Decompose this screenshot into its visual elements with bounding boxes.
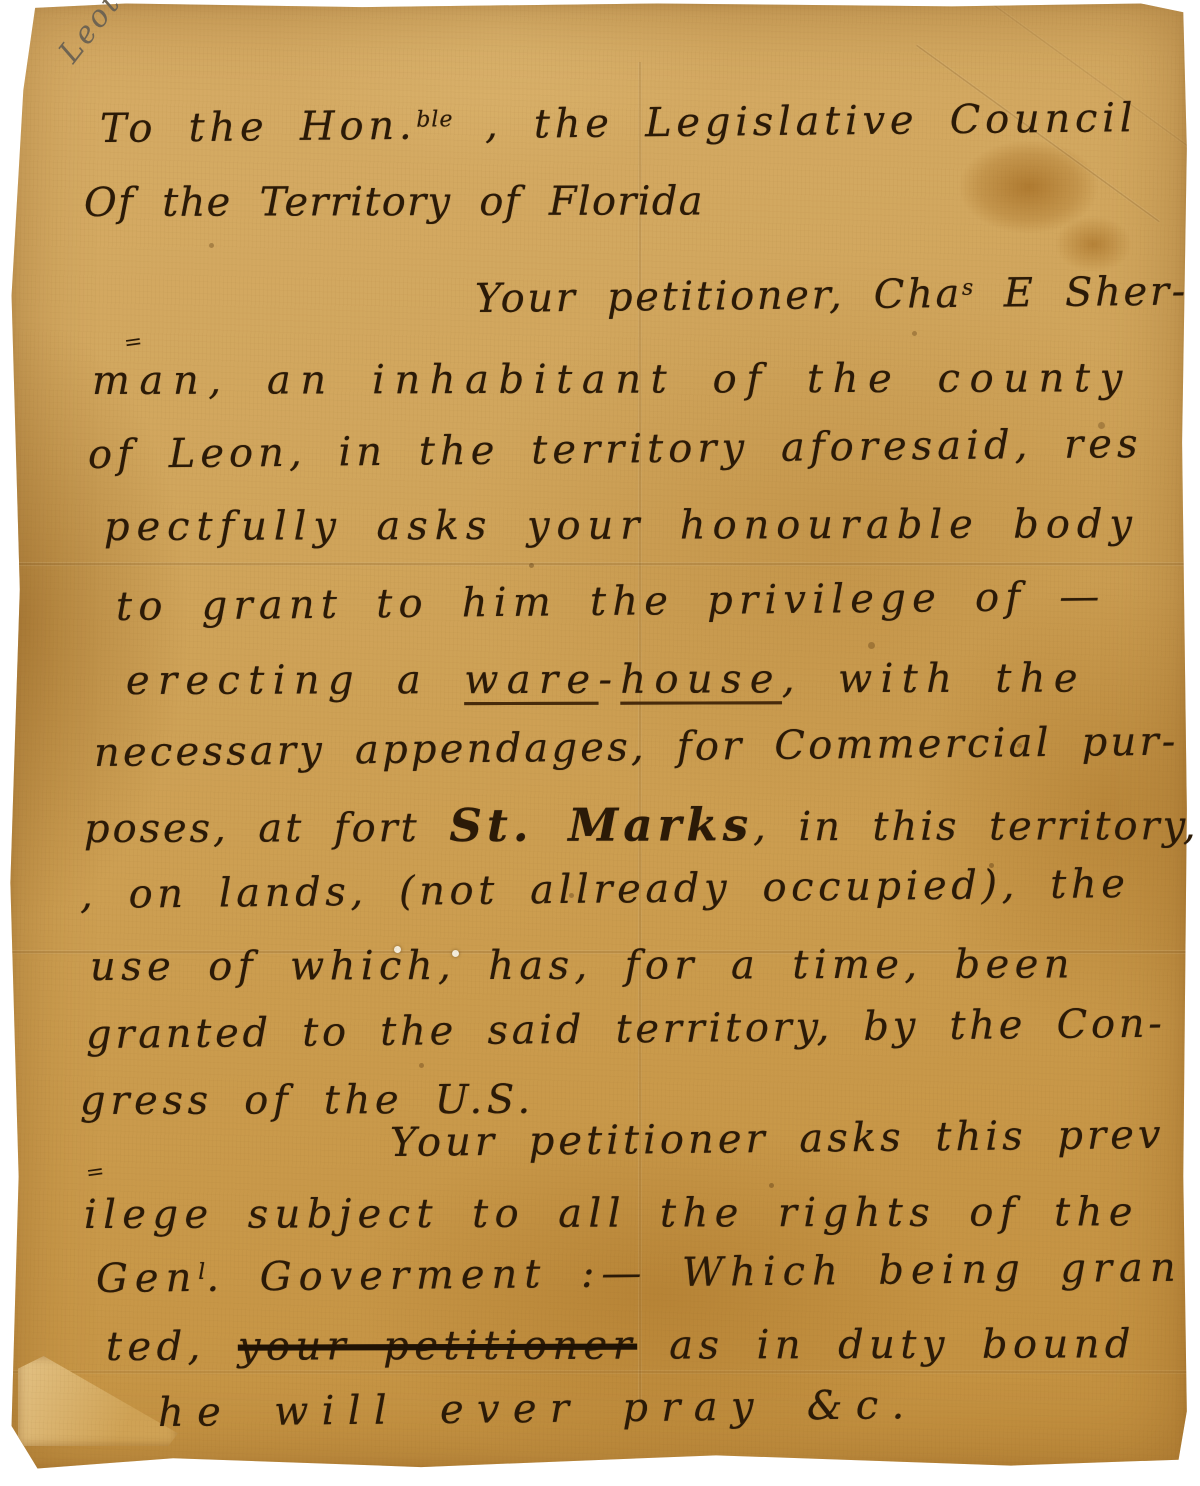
- continuation-mark: =: [122, 329, 144, 356]
- margin-marks-layer: ==: [0, 0, 1200, 1486]
- continuation-mark: =: [84, 1159, 106, 1186]
